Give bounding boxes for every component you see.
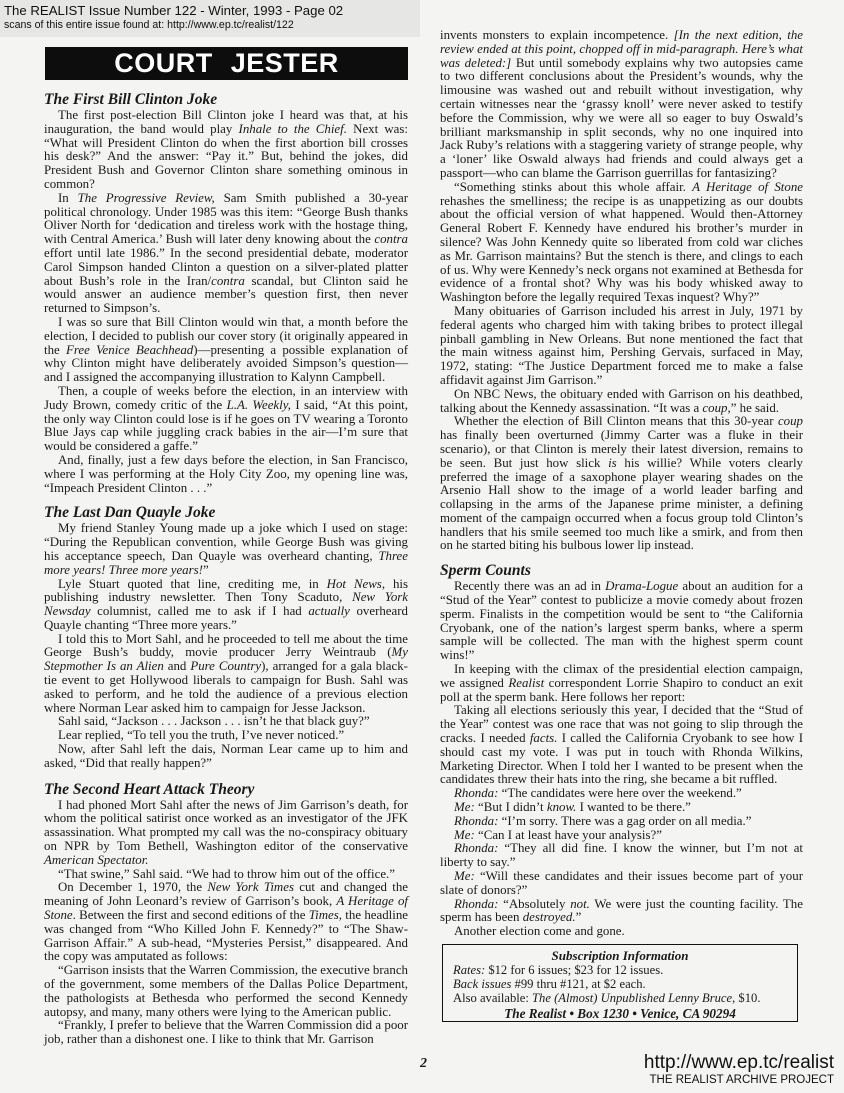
paragraph: “Something stinks about this whole affai… <box>440 181 803 305</box>
scan-source-link[interactable]: scans of this entire issue found at: htt… <box>4 18 420 32</box>
subscription-back-issues: Back issues #99 thru #121, at $2 each. <box>453 977 787 991</box>
paragraph: Now, after Sahl left the dais, Norman Le… <box>44 743 408 771</box>
dialogue-line: Me: “Can I at least have your analysis?” <box>440 829 803 843</box>
subscription-box: Subscription Information Rates: $12 for … <box>442 944 798 1022</box>
paragraph: “Garrison insists that the Warren Commis… <box>44 964 408 1019</box>
paragraph: I was so sure that Bill Clinton would wi… <box>44 316 408 385</box>
paragraph: I told this to Mort Sahl, and he proceed… <box>44 633 408 716</box>
paragraph: Whether the election of Bill Clinton mea… <box>440 415 803 553</box>
dialogue-line: Rhonda: “Absolutely not. We were just th… <box>440 898 803 926</box>
dialogue-line: Rhonda: “They all did fine. I know the w… <box>440 842 803 870</box>
issue-title: The REALIST Issue Number 122 - Winter, 1… <box>4 3 420 18</box>
subscription-also-available: Also available: The (Almost) Unpublished… <box>453 991 787 1005</box>
archive-url-link[interactable]: http://www.ep.tc/realist <box>644 1053 834 1073</box>
paragraph: Lyle Stuart quoted that line, crediting … <box>44 578 408 633</box>
paragraph: invents monsters to explain incompetence… <box>440 29 803 181</box>
paragraph: Then, a couple of weeks before the elect… <box>44 385 408 454</box>
paragraph: Lear replied, “To tell you the truth, I’… <box>44 729 408 743</box>
paragraph: Recently there was an ad in Drama-Logue … <box>440 580 803 663</box>
subscription-address: The Realist • Box 1230 • Venice, CA 9029… <box>453 1007 787 1021</box>
dialogue-line: Me: “Will these candidates and their iss… <box>440 870 803 898</box>
dialogue-line: Rhonda: “The candidates were here over t… <box>440 787 803 801</box>
paragraph: Another election come and gone. <box>440 925 803 939</box>
archive-project-label: THE REALIST ARCHIVE PROJECT <box>644 1073 834 1087</box>
archive-footer: http://www.ep.tc/realist THE REALIST ARC… <box>644 1053 834 1087</box>
paragraph: Many obituaries of Garrison included his… <box>440 305 803 388</box>
paragraph: In keeping with the climax of the presid… <box>440 663 803 704</box>
paragraph: The first post-election Bill Clinton jok… <box>44 109 408 192</box>
paragraph: Taking all elections seriously this year… <box>440 704 803 787</box>
left-column: The First Bill Clinton Joke The first po… <box>44 91 408 1047</box>
dialogue-line: Rhonda: “I’m sorry. There was a gag orde… <box>440 815 803 829</box>
paragraph: And, finally, just a few days before the… <box>44 454 408 495</box>
heading-quayle-joke: The Last Dan Quayle Joke <box>44 504 408 522</box>
heading-heart-attack: The Second Heart Attack Theory <box>44 781 408 799</box>
paragraph: On NBC News, the obituary ended with Gar… <box>440 388 803 416</box>
subscription-title: Subscription Information <box>453 949 787 963</box>
heading-clinton-joke: The First Bill Clinton Joke <box>44 91 408 109</box>
paragraph: I had phoned Mort Sahl after the news of… <box>44 799 408 868</box>
section-banner: COURT JESTER <box>45 47 408 80</box>
page-number: 2 <box>420 1056 427 1072</box>
paragraph: “Frankly, I prefer to believe that the W… <box>44 1019 408 1047</box>
subscription-rates: Rates: $12 for 6 issues; $23 for 12 issu… <box>453 963 787 977</box>
dialogue-line: Me: “But I didn’t know. I wanted to be t… <box>440 801 803 815</box>
paragraph: In The Progressive Review, Sam Smith pub… <box>44 192 408 316</box>
paragraph: On December 1, 1970, the New York Times … <box>44 881 408 964</box>
scan-header: The REALIST Issue Number 122 - Winter, 1… <box>0 0 420 37</box>
paragraph: My friend Stanley Young made up a joke w… <box>44 522 408 577</box>
paragraph: “That swine,” Sahl said. “We had to thro… <box>44 868 408 882</box>
right-column: invents monsters to explain incompetence… <box>440 29 803 939</box>
heading-sperm-counts: Sperm Counts <box>440 562 803 580</box>
paragraph: Sahl said, “Jackson . . . Jackson . . . … <box>44 715 408 729</box>
